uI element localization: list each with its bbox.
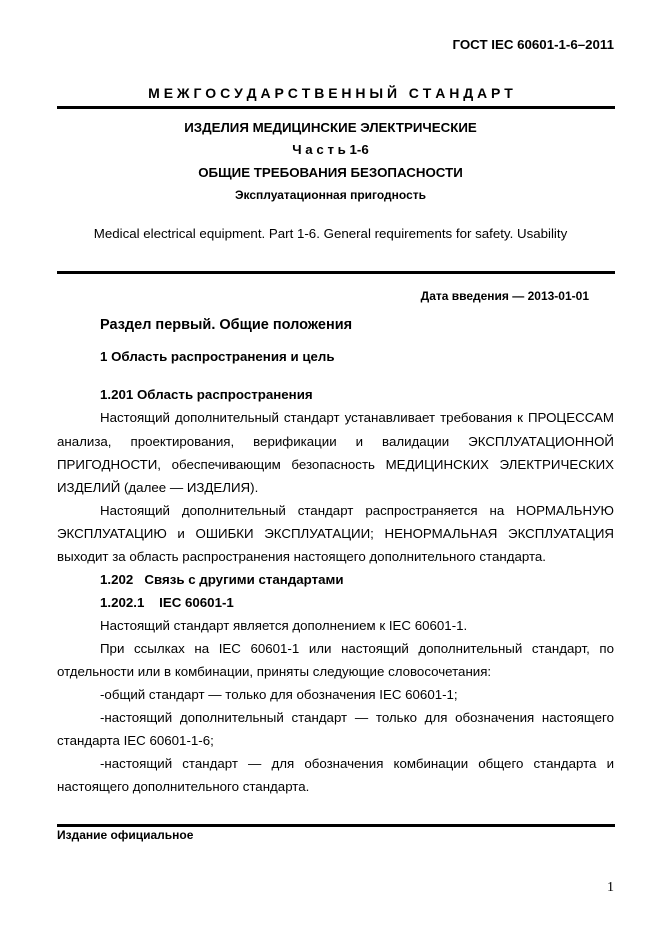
- clause-1-201-heading: 1.201 Область распространения: [100, 387, 313, 402]
- page-number: 1: [607, 880, 614, 896]
- english-title: Medical electrical equipment. Part 1-6. …: [0, 226, 661, 241]
- part-number: Ч а с т ь 1-6: [0, 142, 661, 157]
- paragraph-line: При ссылках на IEC 60601-1 или настоящий…: [100, 641, 614, 656]
- section-heading: Раздел первый. Общие положения: [100, 317, 352, 333]
- paragraph-line: анализа, проектирования, верификации и в…: [57, 434, 614, 449]
- subtitle: Эксплуатационная пригодность: [0, 188, 661, 202]
- title-block-rule: [57, 271, 615, 274]
- list-item: -общий стандарт — только для обозначения…: [100, 687, 458, 702]
- paragraph-supplement: Настоящий стандарт является дополнением …: [100, 618, 467, 633]
- paragraph-line: Настоящий дополнительный стандарт устана…: [100, 410, 614, 425]
- clause-1-heading: 1 Область распространения и цель: [100, 349, 335, 364]
- title-line-2: ОБЩИЕ ТРЕБОВАНИЯ БЕЗОПАСНОСТИ: [0, 165, 661, 180]
- standard-banner: М Е Ж Г О С У Д А Р С Т В Е Н Н Ы Й С Т …: [0, 85, 661, 101]
- paragraph-line: выходит за область распространения насто…: [57, 549, 546, 564]
- paragraph-line: ЭКСПЛУАТАЦИЮ и ОШИБКИ ЭКСПЛУАТАЦИИ; НЕНО…: [57, 526, 614, 541]
- list-item-continuation: настоящего дополнительного стандарта.: [57, 779, 309, 794]
- paragraph-line: Настоящий дополнительный стандарт распро…: [100, 503, 614, 518]
- paragraph-line: ИЗДЕЛИЙ (далее — ИЗДЕЛИЯ).: [57, 480, 258, 495]
- paragraph-line: ПРИГОДНОСТИ, обеспечивающим безопасность…: [57, 457, 614, 472]
- list-item-continuation: стандарта IEC 60601-1-6;: [57, 733, 214, 748]
- footer-rule: [57, 824, 615, 827]
- list-item: -настоящий дополнительный стандарт — тол…: [100, 710, 614, 725]
- title-line-1: ИЗДЕЛИЯ МЕДИЦИНСКИЕ ЭЛЕКТРИЧЕСКИЕ: [0, 120, 661, 135]
- introduction-date: Дата введения — 2013-01-01: [421, 289, 589, 303]
- list-item: -настоящий стандарт — для обозначения ко…: [100, 756, 614, 771]
- edition-note: Издание официальное: [57, 828, 193, 842]
- clause-1-202-heading: 1.202 Связь с другими стандартами: [100, 572, 344, 587]
- paragraph-line: отдельности или в комбинации, приняты сл…: [57, 664, 491, 679]
- clause-1-202-1-heading: 1.202.1 IEC 60601-1: [100, 595, 234, 610]
- document-code: ГОСТ IEC 60601-1-6–2011: [452, 37, 614, 52]
- banner-rule: [57, 106, 615, 109]
